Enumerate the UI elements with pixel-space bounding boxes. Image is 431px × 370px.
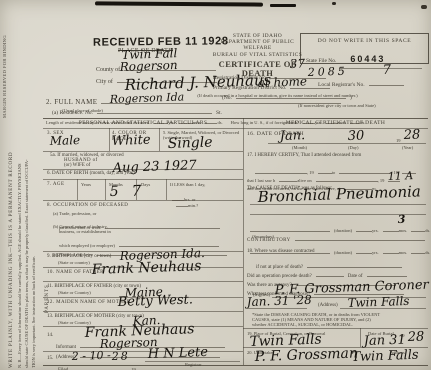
date-of-birth-value: Aug 23 1927 <box>112 158 196 176</box>
wife-of-label: (or) WIFE of <box>64 163 90 169</box>
duration-days-value: 3 <box>398 213 406 226</box>
margin-nb-note-line3: TION is very important. See instruction … <box>31 256 36 368</box>
death-month-value: Jan. <box>279 128 305 144</box>
medical-certificate-heading: MEDICAL CERTIFICATE OF DEATH <box>243 120 428 126</box>
nonresident-note: (If nonresident give city or town and St… <box>298 103 376 108</box>
time-of-death-value: 11 A <box>388 169 414 183</box>
margin-nb-note-line2: should state CAUSE OF DEATH in plain ter… <box>24 159 29 368</box>
age-days-header: Days <box>141 182 150 187</box>
age-label: 7. AGE <box>47 182 64 188</box>
scan-artifact <box>332 2 336 5</box>
birthplace-sublabel: (State or country) <box>58 260 90 265</box>
death-certificate-scan: MARGIN RESERVED FOR BINDING WRITE PLAINL… <box>0 0 431 370</box>
department-line: DEPARTMENT OF PUBLIC WELFARE <box>210 39 305 51</box>
filed-year-value: 28 <box>112 349 130 363</box>
filed-date-value: 2 - 10 - <box>72 349 111 363</box>
scan-artifact <box>95 1 263 6</box>
father-birthplace-sublabel: (State or Country) <box>58 290 91 295</box>
month-sublabel: (Month) <box>292 145 307 150</box>
registrar-label: Registrar <box>185 362 202 367</box>
scan-artifact <box>270 4 296 7</box>
if-less-label-line1: If LESS than 1 day, <box>170 182 205 187</box>
if-less-line3: min.? <box>176 194 198 212</box>
scan-artifact <box>421 5 427 9</box>
margin-binding-note: MARGIN RESERVED FOR BINDING <box>2 35 7 118</box>
margin-write-plainly-note: WRITE PLAINLY, WITH UNFADING INK—THIS IS… <box>9 152 15 368</box>
year-sublabel: (Year) <box>402 145 413 150</box>
comma-19: , 19 <box>378 178 385 183</box>
death-year-value: 28 <box>403 127 420 143</box>
state-file-number: 60443 <box>350 54 385 64</box>
city-label: City of <box>96 79 113 85</box>
do-not-write-label: DO NOT WRITE IN THIS SPACE <box>301 38 428 44</box>
city-value: Rogerson <box>120 58 178 74</box>
occupation-label: 8. OCCUPATION OF DECEASED <box>47 203 128 209</box>
footnote-line3: whether ACCIDENTAL, SUICIDAL, or HOMICID… <box>252 322 353 327</box>
margin-nb-note-line1: N. B.—Every item of information should b… <box>17 164 22 368</box>
age-months-value: 5 <box>109 184 118 200</box>
where-contracted-label-1: 18. Where was disease contracted <box>247 249 315 255</box>
burial-year-prefix: 19 <box>400 333 405 338</box>
age-years-header: Years <box>81 182 91 187</box>
ds-label: ds. <box>425 250 430 255</box>
death-day-value: 30 <box>347 128 364 144</box>
color-race-value: White <box>111 133 150 149</box>
state-file-label: State File No. <box>306 58 336 64</box>
personal-particulars-heading: PERSONAL AND STATISTICAL PARTICULARS <box>43 120 243 126</box>
signature-address-label: (Address) <box>318 303 338 309</box>
state-file-row: State File No. 60443 <box>306 49 428 67</box>
birthplace-label: 9. BIRTHPLACE (city or town) <box>47 254 111 260</box>
burial-year-value: 28 <box>407 329 424 345</box>
residence-value: Rogerson Ida <box>110 90 185 106</box>
secondary-sublabel: (Secondary) <box>252 234 274 239</box>
signature-date-value: Jan. 31 '28 <box>247 293 312 309</box>
filed-number: 15. <box>47 356 53 362</box>
mother-maiden-name-value: Betty West. <box>117 292 193 310</box>
ds-label: ds. <box>425 228 430 233</box>
mother-birthplace-label: 13. BIRTHPLACE OF MOTHER (city or town) <box>47 314 144 320</box>
local-registrar-number: 7 <box>382 63 391 78</box>
day-sublabel: (Day) <box>348 145 359 150</box>
do-not-write-box: DO NOT WRITE IN THIS SPACE State File No… <box>300 33 429 64</box>
local-registrar-label: Local Registrar's No. <box>318 82 365 88</box>
sex-value: Male <box>50 133 81 148</box>
father-name-value: Frank Neuhaus <box>91 258 201 278</box>
certify-statement: 17. I HEREBY CERTIFY, That I attended de… <box>247 153 361 159</box>
undertaker-address-value: Twin Falls <box>351 348 418 365</box>
undertaker-signature: P. F. Grossman <box>254 345 358 365</box>
registrar-signature: H N Lete <box>147 345 208 362</box>
informant-number: 14. <box>47 333 53 339</box>
if-less-min-label: min.? <box>188 203 198 208</box>
marital-status-value: Single <box>167 134 212 152</box>
